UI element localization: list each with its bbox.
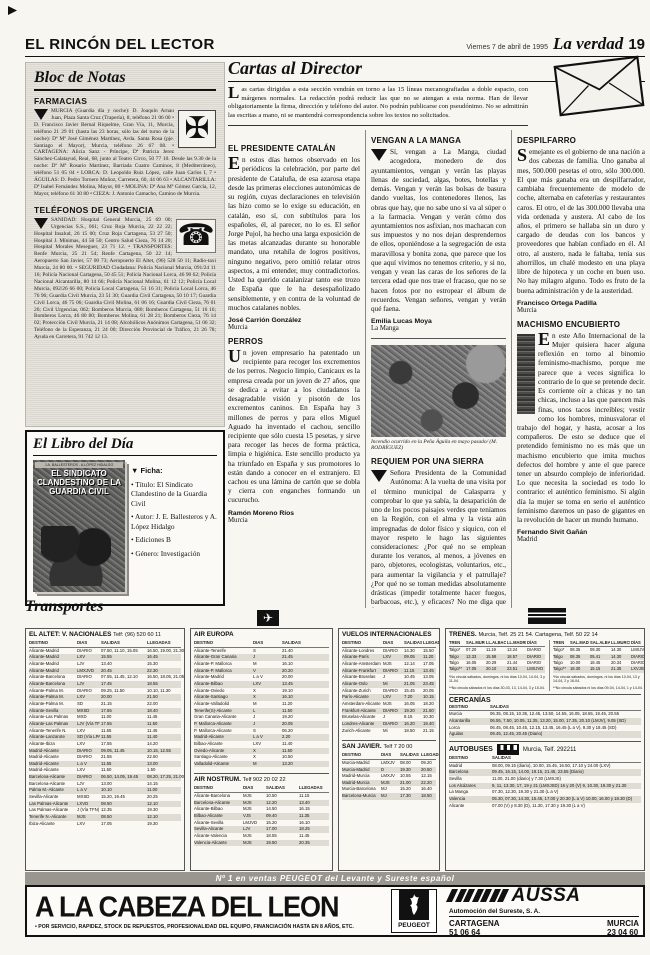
table-row: Murcia-MadridLMXJV08.0009.20: [342, 760, 436, 767]
table-cell: 11.45: [147, 714, 184, 721]
letter-heading: DESPILFARRO: [517, 136, 645, 145]
trenes-left: TRENSAL.MURCIALL.ALBACETELL.MADRIDDÍASTa…: [449, 640, 545, 691]
table-row: Madrid-AlicanteL a V2.20: [194, 734, 329, 741]
table-cell: 10.10, 11.30: [147, 688, 184, 695]
table-cell: 18.50: [421, 793, 439, 800]
table-cell: Las Palmas-Alicante: [29, 807, 76, 814]
table-row: Valladolid-AlicanteM13.20: [194, 761, 329, 768]
city-phone: 51 06 64: [449, 928, 500, 937]
table-cell: 19.40: [423, 721, 439, 728]
table-cell: Alicante-Barcelona: [194, 793, 242, 800]
table-cell: 23.45: [423, 681, 439, 688]
table-cell: DESTINO: [194, 640, 252, 647]
table-cell: 17.05: [466, 666, 485, 672]
table-cell: DESTINO: [342, 640, 382, 647]
table-row: Madrid-MurciaMJS21.0022.20: [342, 780, 436, 787]
envelope-icon: [552, 55, 646, 117]
table-row: Alicante-ValenciaMJS18.5511.45: [194, 833, 329, 840]
letters-column-2: VENGAN A LA MANGA Sí, vengan a La Manga,…: [365, 130, 512, 608]
table-air-column: AIR EUROPA DESTINODIASSALIDASAlicante-Te…: [190, 628, 333, 871]
table-cell: Murcia: [449, 711, 489, 718]
letter-author: Fernando Sivit Gañán: [517, 529, 645, 536]
ad-subline: • POR SERVICIO, RAPIDEZ, STOCK DE REPUES…: [35, 924, 387, 930]
table-trenes-column: TRENES. Murcia, Telf. 25 21 54. Cartagen…: [445, 628, 645, 871]
telefonos-text: ☎ SANIDAD: Hospital General Murcia, 25 6…: [34, 217, 216, 341]
table-cell: Palma M.-Alicante: [29, 787, 76, 794]
table-heading: EL ALTET: V. NACIONALES Telf: (96) 520 6…: [29, 631, 181, 638]
city-phone: 23 04 60: [607, 928, 639, 937]
letters-columns: EL PRESIDENTE CATALÁN E n estos días hem…: [228, 130, 645, 608]
table-cell: 21.40: [282, 648, 324, 655]
letter-author: Emilia Lucas Moya: [371, 318, 506, 325]
table-cell: Alicante-Lanzarote: [29, 734, 76, 741]
table-cell: 07.50, 11.10, 15.05: [101, 648, 146, 655]
table-row: Alicante-Tenerife N.LXV11.5511.45: [29, 728, 181, 735]
table-cell: 20.35: [299, 840, 329, 847]
letter-heading: MACHISMO ENCUBIERTO: [517, 320, 645, 329]
table-cell: 20.10: [486, 666, 506, 672]
table-heading: AIR NOSTRUM. Telf 902 20 02 22: [194, 773, 329, 783]
letter-dropcap: S: [517, 148, 529, 162]
letter-heading: EL PRESIDENTE CATALÁN: [228, 144, 360, 153]
table-cell: 20.45: [101, 668, 146, 675]
table-cell: Bilbao-Alicante: [194, 813, 242, 820]
table-row: Frankfurt-AlicanteDIARIO19.2021.50: [342, 708, 436, 715]
table-row: Alicante-P. MallorcaV20.20: [194, 668, 329, 675]
table-row: Oviedo-AlicanteX11.50: [194, 748, 329, 755]
table-cell: M: [253, 761, 281, 768]
table-cell: X: [253, 688, 281, 695]
table-cell: Oviedo-Alicante: [194, 748, 252, 755]
table-cell: LJV: [243, 826, 265, 833]
table-title: VUELOS INTERNACIONALES: [342, 631, 431, 638]
table-cell: 06.45, 08.45, 10.45, 12.15, 13.45, 16.45…: [490, 725, 641, 732]
table-cell: LLEGADAS: [147, 640, 184, 647]
table-cell: LLEGADAS: [299, 785, 329, 792]
table-cell: Alicante-Palma M.: [29, 688, 76, 695]
table-cell: 11.40: [282, 741, 324, 748]
table-cell: 13.00: [101, 781, 146, 788]
table-cell: 11.20: [282, 701, 324, 708]
table-cell: Murcia-Madrid: [342, 760, 380, 767]
letter-city: Murcia: [228, 517, 360, 524]
table-cell: L a V: [253, 674, 281, 681]
table-cell: 14.30: [404, 648, 422, 655]
table-row: Barcelona09.45, 16.15, 14.00, 19.15, 21.…: [449, 769, 641, 776]
table-cell: MJS: [243, 793, 265, 800]
table-row: Alicante-SevillaLMJVD15.2016.10: [194, 820, 329, 827]
table-cell: 20.50: [421, 767, 439, 774]
table-cell: Alicante-Valencia: [194, 833, 242, 840]
table-row: Tenerife N.-AlicanteMJS08.5012.10: [29, 814, 181, 821]
table-cell: MJS: [243, 806, 265, 813]
table-cell: 12.10: [147, 814, 184, 821]
table-cell: 19.30: [147, 807, 184, 814]
table-cell: LXV: [77, 728, 100, 735]
table-cell: L a V: [77, 761, 100, 768]
triangle-icon: [371, 149, 387, 161]
table-cell: 10.55: [400, 773, 420, 780]
table-cell: MXD: [77, 714, 100, 721]
peugeot-logo: PEUGEOT: [391, 889, 437, 933]
table-cell: Valencia-Alicante: [194, 840, 242, 847]
table-cell: Barcelona-Alicante: [29, 781, 76, 788]
table-cell: 09.45, 16.15, 14.00, 19.15, 21.45, 23.55…: [492, 769, 641, 776]
table-cell: 14.15: [147, 781, 184, 788]
table-row: Madrid-AlicanteDIARIO09.05, 11.4510.15, …: [29, 748, 181, 755]
table-row: Murcia-BarcelonaMJ15.2016.40: [342, 786, 436, 793]
peugeot-ad: A LA CABEZA DEL LEON • POR SERVICIO, RAP…: [25, 885, 645, 937]
table-cell: LJV: [77, 681, 100, 688]
table-row: Alicante-Las PalmasMXD11.0011.45: [29, 714, 181, 721]
ficha-genero: • Género: Investigación: [131, 549, 217, 558]
table-cell: Alicante-Bilbao: [194, 681, 252, 688]
cercanias-rows: DESTINOSALIDASMurcia06.35, 08.15, 10.35,…: [449, 704, 641, 738]
table-cell: Alicante-Palma M.: [29, 701, 76, 708]
letter-text: Señora Presidenta de la Comunidad Autóno…: [371, 469, 506, 608]
table-row: Barcelona-AlicanteDIARIO06.50, 14.05, 19…: [29, 774, 181, 781]
table-row: Alicante-P. MallorcaM16.10: [194, 661, 329, 668]
table-cell: MJS: [383, 701, 403, 708]
table-row: Barcelona-AlicanteLJV13.0014.15: [29, 781, 181, 788]
intro-text: as cartas dirigidas a esta sección vendr…: [228, 86, 528, 119]
airplane-icon: ✈: [257, 610, 279, 626]
table-cell: Alicante-Frankfurt: [342, 668, 382, 675]
table-cell: Tenerife(S)-Alicante: [194, 708, 252, 715]
table-cell: Madrid-Alicante: [29, 748, 76, 755]
table-cell: 08.50: [101, 801, 146, 808]
table-cell: L a V: [253, 734, 281, 741]
farmacias-text: ✠ MURCIA (Guardia día y noche): D. Joaqu…: [34, 108, 216, 198]
table-cell: Alicante-Oviedo: [194, 688, 252, 695]
table-heading: AIR EUROPA: [194, 631, 329, 638]
table-row: Barcelona-AlicanteMJS12.2013.40: [194, 800, 329, 807]
table-cell: Alicante-Las Palmas: [29, 714, 76, 721]
table-header-row: TRENSAL.MADRIDSAL.ALBACETELL.MURCIADÍAS: [553, 640, 645, 647]
table-cell: 20.00: [101, 694, 146, 701]
table-phone: Telf 902 20 02 22: [243, 777, 286, 783]
letter-dropcap: U: [228, 349, 243, 363]
table-cell: LL.MURCIA: [611, 640, 630, 646]
table-cell: LXV: [77, 654, 100, 661]
table-cell: Los Alcázares: [449, 783, 491, 790]
table-row: P. Mallorca-AlicanteS06.20: [194, 728, 329, 735]
train-icon: [528, 608, 566, 624]
table-cell: 15.55: [101, 654, 146, 661]
table-cell: LL.ALBACETE: [486, 640, 506, 646]
table-cell: 10.15: [423, 694, 439, 701]
table-cell: 21.15: [423, 728, 439, 735]
table-cell: Sevilla-Alicante: [29, 794, 76, 801]
table-cell: DESTINO: [29, 640, 76, 647]
masthead: La verdad: [553, 34, 623, 54]
ficha-autor: • Autor: J. E. Ballesteros y A. López Hi…: [131, 512, 217, 531]
table-cell: Alicante-Bruselas: [342, 674, 382, 681]
table-header-row: DESTINOSALIDAS: [449, 755, 641, 763]
table-cell: MJS: [243, 840, 265, 847]
table-cell: 11.55: [101, 728, 146, 735]
telefonos-heading: TELÉFONOS DE URGENCIA: [34, 205, 216, 215]
table-cell: S: [253, 648, 281, 655]
ad-headline: A LA CABEZA DEL LEON: [35, 891, 387, 924]
triangle-icon: [34, 109, 48, 120]
letter-heading: REQUIEM POR UNA SIERRA: [371, 457, 506, 466]
table-cell: 18.55: [147, 681, 184, 688]
table-cell: La Manga: [449, 789, 491, 796]
table-cell: 13.20: [282, 761, 324, 768]
table-cell: 11.35: [299, 813, 329, 820]
libro-title: El Libro del Día: [33, 436, 217, 456]
table-cell: 7.20: [404, 694, 422, 701]
table-cell: L: [253, 708, 281, 715]
table-cell: Alicante: [449, 803, 491, 810]
table-phone: Murcia, Telf. 292211: [523, 747, 576, 753]
table-row: Valencia05.30, 07.30, 14.30, 15.45, 17.0…: [449, 796, 641, 803]
ad-banner: Nº 1 en ventas PEUGEOT del Levante y Sur…: [25, 872, 645, 885]
table-row: Alicante-MadridL a V20.00: [194, 674, 329, 681]
table-cell: 21.55: [101, 754, 146, 761]
table-cell: SALIDAS: [282, 640, 324, 647]
aussa-block: AUSSA Automoción del Sureste, S. A. CART…: [449, 885, 639, 937]
ficha-editorial: • Ediciones B: [131, 535, 217, 544]
letter-body: U n joven empresario ha patentado un rec…: [228, 349, 360, 506]
book-cover: J.A. BALLESTEROS - A.LÓPEZ HIDALGO EL SI…: [33, 460, 125, 592]
table-cell: 15.20: [266, 820, 298, 827]
table-row: Sevilla-AlicanteMXSD15.20, 19.4520.25: [29, 794, 181, 801]
table-cell: 15.15: [590, 666, 610, 672]
table-row: Bilbao-AlicanteVJS09.4011.35: [194, 813, 329, 820]
table-cell: 08.20, 17.25, 21.00: [147, 774, 184, 781]
letter-city: Murcia: [517, 307, 645, 314]
table-cell: Valencia: [449, 796, 491, 803]
table-cell: Gran Canaria-Alicante: [194, 714, 252, 721]
table-cell: 20.00: [282, 674, 324, 681]
transportes-section: Transportes ✈ EL ALTET: V. NACIONALES Te…: [25, 598, 645, 870]
table-cell: X: [253, 754, 281, 761]
table-cell: SALIDAS: [266, 785, 298, 792]
table-cell: 17.45: [101, 681, 146, 688]
table-row: Madrid-AlicanteLXV11.501.50: [29, 767, 181, 774]
table-row: Los Alcázares9, 11, 13.30, 17, 19 y 21 (…: [449, 783, 641, 790]
table-cell: M: [253, 701, 281, 708]
table-cell: Madrid: [449, 763, 491, 770]
table-cell: SAL.MADRID: [570, 640, 589, 646]
ad-text-block: A LA CABEZA DEL LEON • POR SERVICIO, RAP…: [27, 892, 387, 930]
table-cell: 19.10: [282, 688, 324, 695]
table-cell: 12.14: [404, 661, 422, 668]
table-cell: DÍAS: [527, 640, 546, 646]
table-cell: DESTINO: [194, 785, 242, 792]
table-cell: 11.00: [101, 714, 146, 721]
table-row: Madrid-AlicanteDIARIO21.5522.50: [29, 754, 181, 761]
table-row: Alicante-OsloMi21.0523.45: [342, 681, 436, 688]
trenes-footnote: **No circula sábados ni los días 09-04, …: [553, 686, 645, 691]
table-cell: DIAS: [383, 640, 403, 647]
table-cell: X: [253, 694, 281, 701]
table-cell: Alicante-Palma M.: [29, 694, 76, 701]
table-cell: 09.25, 11.50: [101, 688, 146, 695]
table-cell: 16.15: [299, 806, 329, 813]
table-cell: 22.20: [421, 780, 439, 787]
table-cell: X: [253, 748, 281, 755]
table-cell: Alicante-Oslo: [342, 681, 382, 688]
table-cell: 15.45: [404, 688, 422, 695]
table-cell: Alicante-Bilbao: [194, 806, 242, 813]
table-cell: Santiago-Alicante: [194, 754, 252, 761]
section-label: AUTOBUSES: [449, 746, 493, 753]
table-cell: LMXJVD: [527, 666, 546, 672]
aussa-cartagena: CARTAGENA 51 06 64: [449, 919, 500, 937]
table-cell: Murcia-Madrid: [342, 767, 380, 774]
table-cell: Lorca: [449, 725, 489, 732]
table-row: Murcia06.35, 08.15, 10.35, 12.45, 13.50,…: [449, 711, 641, 718]
table-cell: LXV: [253, 741, 281, 748]
table-cell: 13.40: [101, 661, 146, 668]
table-cell: DIARIO: [77, 688, 100, 695]
table-phone: Murcia, Telf. 25 21 54. Cartagena, Telf.…: [478, 632, 597, 638]
table-row: Londres-AlicanteDIARIO16.2019.40: [342, 721, 436, 728]
table-cell: J: [383, 674, 403, 681]
letter-dropcap: E: [538, 332, 552, 346]
table-cell: Alicante-Madrid: [194, 674, 252, 681]
table-cell: 13.05: [423, 674, 439, 681]
city-label: CARTAGENA: [449, 919, 500, 928]
table-cell: LXVD: [77, 801, 100, 808]
table-cell: Barcelona-Alicante: [29, 774, 76, 781]
table-cell: 19.30: [400, 767, 420, 774]
table-header-row: DESTINODIASSALIDASLLEGADAS: [342, 640, 436, 648]
table-cell: Alicante-Londres: [342, 648, 382, 655]
aussa-logo: AUSSA: [449, 885, 639, 907]
trenes-footnote: *No circula sábados, domingos, ni los dí…: [553, 675, 645, 684]
table-cell: 13.00: [147, 761, 184, 768]
letter-dropcap: E: [228, 156, 242, 170]
farmacias-heading: FARMACIAS: [34, 96, 216, 106]
table-cell: 16.10: [299, 820, 329, 827]
table-cell: Alicante-Tenerife: [194, 648, 252, 655]
table-cell: 16.05: [404, 701, 422, 708]
table-cell: 12.20: [266, 800, 298, 807]
table-cell: Talgo**: [449, 666, 465, 672]
table-cell: 20.20: [282, 668, 324, 675]
table-cell: 18.50: [404, 728, 422, 735]
cartas-al-director: Cartas al Director L as cartas dirigidas…: [228, 58, 645, 605]
aussa-contacts: CARTAGENA 51 06 64 MURCIA 23 04 60: [449, 919, 639, 937]
table-title: TRENES.: [449, 631, 477, 638]
table-cell: LLEGADAS: [421, 752, 439, 759]
table-cell: SD: [77, 701, 100, 708]
table-row: Águilas09.45, 12.45, 20.45 (Diario): [449, 731, 641, 738]
table-cell: DIARIO: [383, 708, 403, 715]
table-cell: 11.00, 21.00 (diario) y 7.30 (LMXJS): [492, 776, 641, 783]
table-cell: 11.55: [101, 761, 146, 768]
autobuses-heading: AUTOBUSES Murcia, Telf. 292211: [449, 741, 641, 755]
table-vuelos-column: VUELOS INTERNACIONALES DESTINODIASSALIDA…: [338, 628, 440, 871]
bus-icon: [497, 744, 519, 755]
table-cell: 06.50, 14.05, 19.45: [101, 774, 146, 781]
table-cell: DÍAS: [631, 640, 645, 646]
table-cell: DIARIO: [77, 754, 100, 761]
letter-author: Francisco Ortega Padilla: [517, 300, 645, 307]
table-cell: 15.20, 19.45: [101, 794, 146, 801]
table-row: Alicante-AmsterdamMJS12.1417.05: [342, 661, 436, 668]
table-cell: 19.50: [266, 840, 298, 847]
table-cell: LXV: [253, 681, 281, 688]
table-cell: 10.30: [423, 714, 439, 721]
table-cell: Alicante-P. Mallorca: [194, 668, 252, 675]
table-cell: Sevilla-Alicante: [194, 826, 242, 833]
bloc-de-notas: Bloc de Notas FARMACIAS ✠ MURCIA (Guardi…: [25, 62, 225, 427]
table-cell: 16.45: [147, 654, 184, 661]
table-cell: 10.50: [282, 754, 324, 761]
table-cell: Ibiza-Alicante: [29, 821, 76, 828]
triangle-icon: [371, 470, 387, 482]
table-row: Alicante-MadridDIARIO07.50, 11.10, 15.05…: [29, 648, 181, 655]
telephone-icon: ☎: [176, 219, 216, 253]
table-cell: 21.15: [101, 701, 146, 708]
table-cell: 16.10: [282, 694, 324, 701]
autobuses-rows: DESTINOSALIDASMadrid08.00, 09.15 (diario…: [449, 755, 641, 809]
table-cell: 17.30: [400, 793, 420, 800]
table-cell: Alicante-Madrid: [29, 648, 76, 655]
table-cell: 2.20: [282, 734, 324, 741]
table-heading: SAN JAVIER. Telf 7 20 00: [342, 740, 436, 750]
table-row: P. Mallorca-AlicanteJ20.05: [194, 721, 329, 728]
table-cell: 12.35: [101, 807, 146, 814]
table-cell: Alicante-Madrid: [29, 668, 76, 675]
table-cell: P. Mallorca-Alicante: [194, 728, 252, 735]
table-cell: 11.50: [101, 767, 146, 774]
table-cell: 11.40: [147, 734, 184, 741]
table-row: Alicante-BarcelonaMJS10.5011.15: [194, 793, 329, 800]
bloc-title: Bloc de Notas: [34, 69, 216, 91]
trenes-subtables: TRENSAL.MURCIALL.ALBACETELL.MADRIDDÍASTa…: [449, 640, 641, 691]
table-cell: DIARIO: [383, 721, 403, 728]
table-row: Alicante-TenerifeS21.40: [194, 648, 329, 655]
table-cell: DIARIO: [383, 648, 403, 655]
table-row: Alicante-BruselasJ10.4513.05: [342, 674, 436, 681]
table-header-row: DESTINODIASSALIDASLLEGADAS: [194, 785, 329, 793]
table-cell: Alicante-Ibiza: [29, 741, 76, 748]
trenes-footnote: *No circula sábados, domingos, ni los dí…: [449, 675, 545, 684]
table-row: Alicante-IbizaLXV17.5514.20: [29, 741, 181, 748]
table-header-row: DESTINODIASSALIDASLLEGADAS: [29, 640, 181, 648]
table-cell: 18.20: [423, 701, 439, 708]
letter-city: La Manga: [371, 325, 506, 332]
table-cell: 15.20: [400, 786, 420, 793]
table-cell: 09.40: [266, 813, 298, 820]
table-cell: DIARIO: [383, 668, 403, 675]
table-cell: 13.45: [282, 681, 324, 688]
table-cell: 21.00: [400, 780, 420, 787]
corner-mark: [8, 6, 17, 15]
table-cell: J: [253, 714, 281, 721]
table-cell: Madrid-Alicante: [29, 767, 76, 774]
table-cell: MJ: [381, 793, 399, 800]
table-cell: 11.00: [147, 787, 184, 794]
table-heading: TRENES. Murcia, Telf. 25 21 54. Cartagen…: [449, 631, 641, 638]
air-europa-rows: DESTINODIASSALIDASAlicante-TenerifeS21.4…: [194, 640, 329, 767]
table-cell: Madrid-Alicante: [29, 761, 76, 768]
table-cell: 05.30, 07.30, 14.30, 15.45, 17.00 y 20.3…: [492, 796, 641, 803]
table-cell: 18.55: [266, 833, 298, 840]
table-cell: DIAS: [243, 785, 265, 792]
table-cell: 10.45: [404, 674, 422, 681]
table-row: La Manga07.30, 12.30, 19.30 y 21.30 (L a…: [449, 789, 641, 796]
table-cell: J: [383, 714, 403, 721]
table-row: Madrid-MurciaLMXJV10.5512.15: [342, 773, 436, 780]
table-cell: J (Vía TFN): [77, 807, 100, 814]
